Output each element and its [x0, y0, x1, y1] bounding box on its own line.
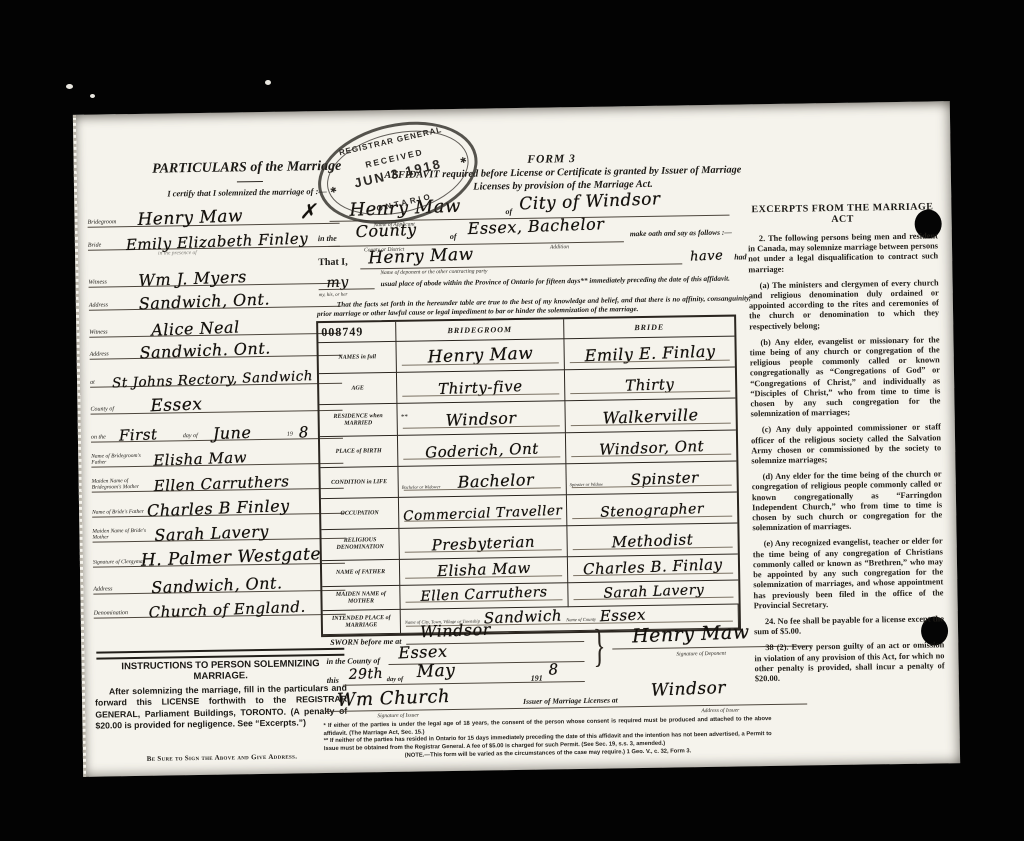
condition-options-label: Bachelor or Widower — [402, 484, 441, 490]
field-value-handwritten: Emily Elizabeth Finley — [126, 229, 309, 254]
groom-birthplace-cell: Goderich, Ont — [398, 433, 566, 467]
row-label: NAMES in full — [318, 342, 396, 374]
bridegroom-bride-table: 008749 BRIDEGROOM BRIDE NAMES in full He… — [316, 315, 741, 638]
excerpt-clause-b: (b) Any elder, evangelist or missionary … — [749, 335, 940, 420]
handwritten-value: Presbyterian — [431, 533, 535, 555]
handwritten-value: Thirty-five — [438, 377, 523, 398]
in-the-label: in the — [318, 234, 337, 243]
bride-name-cell: Emily E. Finlay — [564, 337, 734, 371]
excerpt-clause-e: (e) Any recognized evangelist, teacher o… — [753, 537, 944, 611]
groom-age-cell: Thirty-five — [397, 370, 565, 404]
row-label: CONDITION in LIFE — [320, 467, 398, 499]
field-label: Address — [89, 302, 108, 308]
footnote-marker: ** — [401, 413, 408, 421]
field-address-1: Address Sandwich, Ont. — [89, 280, 341, 311]
serial-number: 008749 — [318, 322, 396, 343]
excerpt-clause-d: (d) Any elder for the time being of the … — [752, 470, 943, 534]
sworn-year-handwritten: 8 — [548, 660, 559, 678]
marriage-license-document: REGISTRAR GENERAL RECEIVED JUN 3 1918 ON… — [73, 101, 960, 777]
row-label: MAIDEN NAME of MOTHER — [322, 586, 400, 611]
scanned-document-background: { "stamp": { "arc_top": "REGISTRAR GENER… — [0, 0, 1024, 841]
bride-residence-cell: Walkerville — [565, 399, 735, 434]
handwritten-value: Bachelor — [458, 470, 535, 492]
field-label: Name of Bridegroom's Father — [91, 453, 147, 466]
groom-condition-cell: Bachelor or WidowerBachelor — [398, 464, 566, 498]
handwritten-value: Thirty — [625, 375, 675, 395]
handwritten-value: Henry Maw — [427, 344, 533, 368]
dust-speck — [66, 84, 73, 89]
handwritten-value: Goderich, Ont — [425, 439, 539, 461]
handwritten-value: Windsor — [445, 408, 516, 430]
field-value-handwritten: Church of England. — [148, 598, 306, 622]
instructions-body: After solemnizing the marriage, fill in … — [95, 683, 348, 732]
handwritten-value: Windsor, Ont — [598, 437, 704, 459]
excerpt-clause-a: (a) The ministers and clergymen of every… — [749, 278, 940, 332]
handwritten-value: Emily E. Finlay — [584, 342, 715, 366]
row-label: OCCUPATION — [321, 498, 399, 530]
my-rule — [318, 266, 374, 290]
row-label: RELIGIOUS DENOMINATION — [321, 529, 399, 561]
excerpt-clause-c: (c) Any duly appointed commissioner or s… — [751, 423, 942, 467]
field-county: County of Essex — [90, 384, 342, 415]
groom-denomination-cell: Presbyterian — [399, 526, 567, 560]
handwritten-value: Methodist — [612, 530, 694, 551]
dust-speck — [90, 94, 95, 98]
handwritten-value: Stenographer — [600, 501, 704, 521]
excerpt-section-2: 2. The following persons being men and r… — [748, 231, 939, 275]
handwritten-value: Spinster — [630, 468, 699, 488]
groom-occupation-cell: Commercial Traveller — [399, 495, 567, 529]
row-label: PLACE of BIRTH — [320, 436, 398, 468]
handwritten-value: Commercial Traveller — [403, 503, 563, 525]
bride-occupation-cell: Stenographer — [567, 493, 737, 527]
field-value-handwritten: Essex — [150, 394, 203, 416]
deponent-name-handwritten: Henry Maw — [368, 245, 474, 269]
dust-speck — [265, 80, 271, 85]
condition-options-label: Spinster or Widow — [570, 482, 603, 488]
handwritten-value: Walkerville — [602, 405, 699, 428]
excerpt-section-24: 24. No fee shall be payable for a licens… — [754, 614, 944, 637]
sworn-day-handwritten: 29th — [348, 666, 383, 683]
excerpts-column: EXCERPTS FROM THE MARRIAGE ACT 2. The fo… — [747, 201, 945, 690]
stamp-star-left: ✱ — [329, 185, 338, 195]
title-rule — [237, 181, 263, 182]
groom-residence-cell: **Windsor — [397, 401, 565, 436]
handwritten-value: Sarah Lavery — [603, 582, 704, 602]
bride-denomination-cell: Methodist — [567, 524, 737, 558]
field-bride: Bride Emily Elizabeth Finley in the pres… — [88, 220, 340, 251]
this-label: this — [327, 676, 339, 685]
deponent-sub-label: Name of deponent or the other contractin… — [380, 268, 487, 276]
row-label: INTENDED PLACE of MARRIAGE — [323, 610, 401, 635]
excerpts-title: EXCERPTS FROM THE MARRIAGE ACT — [747, 201, 937, 226]
field-label: Denomination — [94, 610, 128, 617]
field-label: Maiden Name of Bride's Mother — [92, 528, 148, 541]
bride-age-cell: Thirty — [565, 368, 735, 402]
bride-mother-cell: Sarah Lavery — [568, 581, 738, 608]
field-address-2: Address Sandwich. Ont. — [89, 329, 341, 360]
field-label: Maiden Name of Bridegroom's Mother — [92, 478, 148, 491]
column-header-bride: BRIDE — [564, 317, 734, 340]
of-label-2: of — [450, 232, 457, 241]
bride-father-cell: Charles B. Finlay — [568, 555, 738, 584]
stray-pen-mark: ✗ — [299, 199, 317, 224]
field-label: at — [90, 380, 95, 386]
brace-glyph: } — [593, 619, 606, 672]
abode-clause: usual place of abode within the Province… — [380, 274, 752, 288]
issuer-place-handwritten: Windsor — [651, 678, 727, 701]
issuer-signature-sub-label: Signature of Issuer — [377, 713, 419, 720]
row-label: RESIDENCE when MARRIED — [319, 404, 397, 437]
handwritten-value: Elisha Maw — [436, 559, 530, 580]
field-label: Address — [90, 351, 109, 357]
field-clergyman-signature: Signature of Clergyman H. Palmer Westgat… — [93, 537, 345, 568]
field-label: County of — [90, 406, 114, 412]
groom-name-cell: Henry Maw — [396, 339, 564, 373]
bride-condition-cell: Spinster or WidowSpinster — [566, 462, 736, 496]
had-label: had — [734, 252, 747, 261]
row-label: NAME of FATHER — [322, 560, 400, 587]
field-place: at St Johns Rectory, Sandwich — [90, 357, 342, 388]
sworn-month-handwritten: May — [416, 661, 455, 682]
field-denomination: Denomination Church of England. — [93, 588, 345, 619]
issuer-signature-handwritten: Wm Church — [337, 686, 451, 711]
groom-mother-cell: Ellen Carruthers — [400, 583, 568, 610]
of-label: of — [505, 207, 512, 216]
groom-father-cell: Elisha Maw — [400, 557, 568, 586]
my-sub-label: my, his, or her — [319, 293, 348, 298]
excerpt-section-38: 38 (2). Every person guilty of an act or… — [754, 641, 945, 685]
issuer-mid-label: Issuer of Marriage Licenses at — [523, 695, 618, 705]
dayof-label: day of — [387, 676, 404, 683]
column-header-bridegroom: BRIDEGROOM — [396, 319, 564, 342]
instructions-footer: Be Sure to Sign the Above and Give Addre… — [98, 752, 346, 764]
field-label: Bride — [88, 242, 101, 248]
bride-birthplace-cell: Windsor, Ont — [566, 431, 736, 465]
handwritten-value: Ellen Carruthers — [420, 584, 548, 605]
deponent-signature-sub-label: Signature of Deponent — [676, 651, 726, 658]
presence-note: in the presence of — [158, 250, 197, 257]
have-handwritten: have — [690, 248, 724, 264]
issuer-place-sub-label: Address of Issuer — [701, 708, 739, 715]
row-label: AGE — [319, 373, 397, 405]
deponent-signature-handwritten: Henry Maw — [632, 621, 750, 647]
instructions-title: INSTRUCTIONS TO PERSON SOLEMNIZING MARRI… — [96, 658, 344, 684]
handwritten-value: Charles B. Finlay — [583, 555, 723, 578]
